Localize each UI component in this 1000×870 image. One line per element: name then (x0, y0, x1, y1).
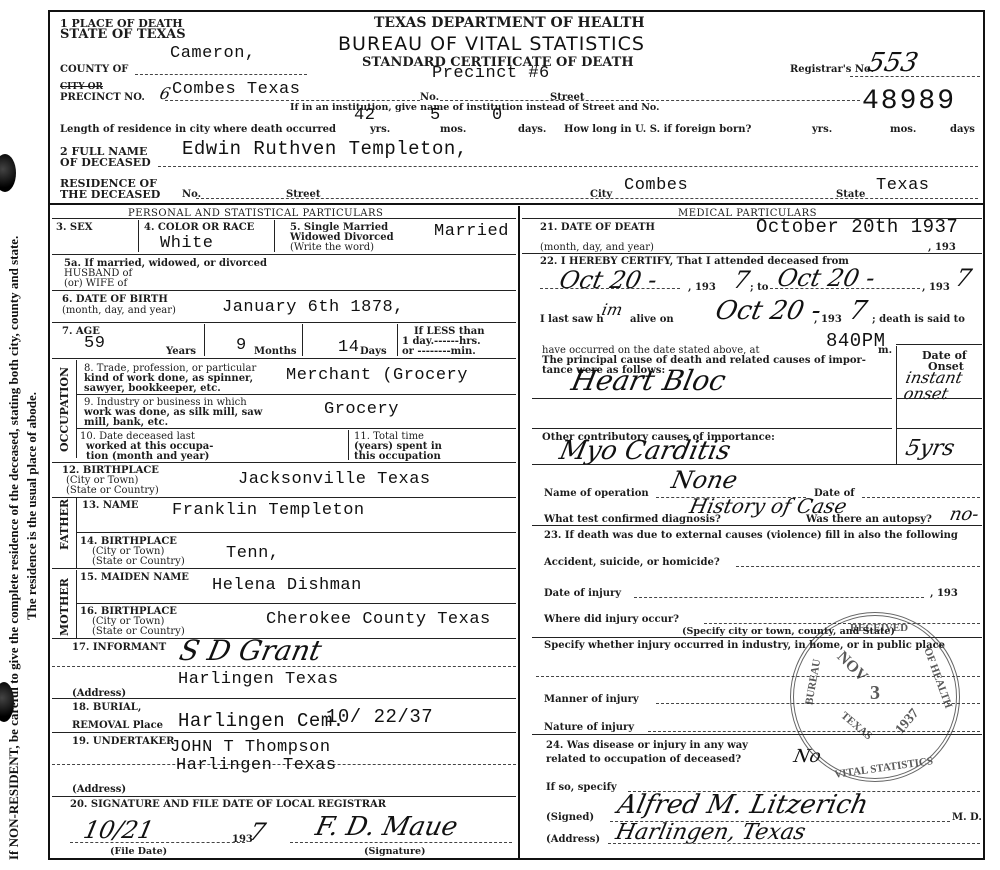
frame-top (48, 10, 984, 12)
injury-date-label: Date of injury (544, 588, 621, 599)
alive-on-label: alive on (630, 314, 674, 325)
institution-note: If in an institution, give name of insti… (290, 102, 659, 113)
dob-label: 6. DATE OF BIRTH (62, 294, 168, 305)
to-year-prefix: , 193 (922, 282, 950, 293)
residence-months: 5 (430, 106, 441, 125)
onset-line-1 (896, 398, 982, 399)
last-saw-year-prefix: , 193 (814, 314, 842, 325)
injury-year-prefix: , 193 (930, 588, 958, 599)
row-line-13 (52, 698, 516, 699)
attended-from-line (540, 288, 680, 289)
sex-divider (138, 220, 139, 252)
undertaker-address: Harlingen Texas (176, 756, 337, 775)
yrs-label: yrs. (370, 124, 390, 135)
contributory-onset: 5yrs (903, 436, 957, 461)
occupation-divider (76, 360, 77, 458)
row-line-10 (52, 568, 516, 569)
test-label: What test confirmed diagnosis? (544, 514, 721, 525)
mother-tag: MOTHER (58, 578, 71, 636)
street-line (440, 100, 860, 101)
physician-signature: Alfred M. Litzerich (615, 790, 871, 820)
dob-label-2: (month, day, and year) (62, 305, 176, 316)
accident-line (736, 566, 980, 567)
injury-where-label: Where did injury occur? (544, 614, 679, 625)
row-line-3 (52, 322, 516, 323)
onset-line-2 (896, 428, 982, 429)
row-line-1 (52, 254, 516, 255)
dob-value: January 6th 1878, (222, 298, 404, 317)
father-name: Franklin Templeton (172, 501, 365, 520)
years-label: Years (166, 346, 196, 357)
registrar-no: 553 (865, 48, 921, 78)
physician-address-label: (Address) (546, 834, 600, 845)
time-of-death: 840PM (826, 330, 886, 352)
mother-name: Helena Dishman (212, 576, 362, 595)
date-of-death-label-2: (month, day, and year) (540, 242, 654, 253)
foreign-born-label: How long in U. S. if foreign born? (564, 124, 751, 135)
race-label: 4. COLOR OR RACE (144, 222, 254, 233)
county-line (135, 74, 307, 75)
industry-value: Grocery (324, 400, 399, 419)
burial-label: 18. BURIAL, (72, 702, 141, 713)
father-birthplace: Tenn, (226, 544, 280, 563)
header-divider (48, 203, 984, 205)
row-line-5 (76, 394, 516, 395)
contributory-line (532, 464, 982, 465)
stamp-month: NOV (833, 648, 871, 686)
burial-place: Harlingen Cem. (178, 710, 345, 732)
days-label: Days (360, 346, 387, 357)
column-divider (518, 206, 520, 858)
signed-label: (Signed) (546, 812, 594, 823)
precinct-line (165, 100, 420, 101)
onset-divider (896, 346, 897, 464)
stamp-texas: TEXAS (838, 710, 874, 743)
attended-from: Oct 20 - (557, 266, 660, 294)
residence-city: Combes (624, 176, 688, 195)
mother-name-label: 15. MAIDEN NAME (80, 572, 189, 583)
frame-left (48, 10, 50, 860)
wife-label: (or) WIFE of (64, 278, 127, 289)
signature-label: (Signature) (364, 846, 426, 857)
occupation-related-label: 24. Was disease or injury in any way (546, 740, 748, 751)
age-days: 14 (338, 338, 359, 357)
operation-date-line (862, 497, 980, 498)
external-causes-label: 23. If death was due to external causes … (544, 530, 958, 541)
burial-date: 10/ 22/37 (326, 706, 433, 728)
registrar-signature: F. D. Maue (313, 812, 461, 842)
stamp-of-health: OF HEALTH (921, 646, 954, 710)
last-saw-year: 7 (847, 296, 870, 326)
mother-divider (76, 570, 77, 638)
age-years: 59 (84, 334, 105, 353)
mos-label: mos. (440, 124, 466, 135)
stamp-bureau: BUREAU (803, 658, 823, 706)
marital-status: Married (434, 222, 509, 241)
father-tag: FATHER (58, 499, 71, 550)
registrar-sig-line (290, 842, 512, 843)
foreign-mos-label: mos. (890, 124, 916, 135)
industry-label-3: mill, bank, etc. (84, 417, 168, 428)
row-line-14 (52, 732, 516, 733)
residence-state: Texas (876, 176, 930, 195)
undertaker-address-label: (Address) (72, 784, 126, 795)
precinct-label: PRECINCT NO. (60, 92, 145, 103)
precinct-typed: Precinct #6 (432, 64, 550, 83)
county-label: COUNTY OF (60, 64, 128, 75)
foreign-days-label: days (950, 124, 975, 135)
frame-right (983, 10, 985, 860)
file-date-line (70, 842, 245, 843)
autopsy-label: Was there an autopsy? (806, 514, 932, 525)
autopsy-line (532, 525, 982, 526)
days-label: days. (518, 124, 546, 135)
row-line-6 (76, 428, 516, 429)
race-divider (274, 220, 275, 252)
from-year-prefix: , 193 (688, 282, 716, 293)
row-line-4 (52, 358, 516, 359)
med-line-1 (522, 253, 982, 254)
physician-address-line (608, 843, 980, 844)
informant-line (52, 666, 516, 667)
father-divider (76, 498, 77, 568)
last-saw-label: I last saw h (540, 314, 604, 325)
side-instruction-line-1: If NON-RESIDENT, be careful to give the … (6, 236, 22, 860)
row-line-7 (52, 462, 516, 463)
m-label: m. (878, 345, 892, 356)
stamp-day: 3 (870, 682, 880, 705)
bureau-title: BUREAU OF VITAL STATISTICS (338, 33, 645, 55)
principal-cause: Heart Bloc (568, 364, 728, 397)
stamp-received: RECEIVED (850, 622, 908, 634)
dept-title: TEXAS DEPARTMENT OF HEALTH (374, 18, 645, 29)
birthplace-label-3: (State or Country) (66, 485, 159, 496)
age-divider-3 (397, 324, 398, 356)
row-line-11 (76, 603, 516, 604)
injury-date-line (634, 597, 924, 598)
cause-line-1 (532, 398, 892, 399)
occupation-time-divider (348, 430, 349, 460)
date-of-death: October 20th 1937 (756, 216, 958, 238)
registrar-line (850, 76, 980, 77)
contributory-cause: Myo Carditis (557, 436, 734, 466)
stamp-vital-statistics: VITAL STATISTICS (834, 755, 934, 781)
occupation-related-label-2: related to occupation of deceased? (546, 754, 741, 765)
registrar-label: Registrar's No. (790, 64, 874, 75)
birthplace-value: Jacksonville Texas (238, 470, 431, 489)
minutes-label: or --------min. (402, 346, 476, 357)
race-value: White (160, 234, 214, 253)
side-instruction-line-2: The residence is the usual place of abod… (24, 392, 40, 620)
father-name-label: 13. NAME (82, 500, 138, 511)
file-date: 10/21 (81, 816, 156, 844)
operation-label: Name of operation (544, 488, 649, 499)
informant-label: 17. INFORMANT (72, 642, 166, 653)
sex-label: 3. SEX (56, 222, 93, 233)
row-line-9 (76, 532, 516, 533)
row-line-2 (52, 290, 516, 291)
attended-to-line (770, 288, 920, 289)
nature-label: Nature of injury (544, 722, 634, 733)
operation-value: None (669, 466, 740, 494)
dod-year-prefix: , 193 (928, 242, 956, 253)
stamp-year: 1937 (893, 706, 923, 738)
age-divider-1 (204, 324, 205, 356)
undertaker-name: JOHN T Thompson (170, 738, 331, 757)
if-so-label: If so, specify (546, 782, 617, 793)
total-time-label-3: this occupation (354, 451, 441, 462)
occupation-tag: OCCUPATION (58, 367, 71, 452)
informant-signature: S D Grant (176, 634, 324, 667)
autopsy-value: no- (948, 504, 981, 525)
last-saw-pronoun: im (600, 300, 624, 319)
last-worked-label-3: tion (month and year) (86, 451, 209, 462)
to-year: 7 (953, 264, 974, 292)
foreign-yrs-label: yrs. (812, 124, 832, 135)
manner-label: Manner of injury (544, 694, 639, 705)
onset-value-2: onset (902, 384, 950, 403)
full-name-label-2: OF DECEASED (60, 157, 151, 168)
onset-top-line (896, 344, 982, 345)
residence-label-2: THE DECEASED (60, 189, 160, 200)
row-line-8 (52, 497, 516, 498)
file-number: 48989 (862, 86, 956, 117)
row-line-15 (52, 796, 516, 797)
frame-bottom (48, 858, 984, 860)
accident-label: Accident, suicide, or homicide? (544, 557, 720, 568)
months-label: Months (254, 346, 297, 357)
removal-place-label: REMOVAL Place (72, 720, 163, 731)
personal-title-line (52, 218, 516, 219)
state-label: STATE OF TEXAS (60, 29, 186, 40)
residence-days: 0 (492, 106, 503, 125)
local-registrar-label: 20. SIGNATURE AND FILE DATE OF LOCAL REG… (70, 799, 386, 810)
side-instruction: If NON-RESIDENT, be careful to give the … (2, 20, 48, 860)
to-label: ; to (750, 282, 768, 293)
date-of-death-label: 21. DATE OF DEATH (540, 222, 655, 233)
death-said-label: ; death is said to (872, 314, 965, 325)
residence-length-label: Length of residence in city where death … (60, 124, 336, 135)
trade-value: Merchant (Grocery (286, 366, 468, 385)
file-date-label: (File Date) (110, 846, 167, 857)
precinct-value: Combes Texas (172, 80, 300, 99)
md-label: M. D. (952, 812, 982, 823)
residence-line (196, 198, 978, 199)
father-birthplace-label-3: (State or Country) (92, 556, 185, 567)
last-saw-date: Oct 20 - (713, 296, 824, 326)
cause-line-2 (532, 428, 892, 429)
age-months: 9 (236, 336, 247, 355)
county-value: Cameron, (170, 44, 256, 63)
trade-label-3: sawyer, bookkeeper, etc. (84, 383, 221, 394)
mother-birthplace: Cherokee County Texas (266, 610, 491, 629)
file-year: 7 (247, 818, 268, 846)
marital-label-3: (Write the word) (290, 242, 374, 253)
age-divider-2 (302, 324, 303, 356)
residence-years: 42 (354, 106, 375, 125)
full-name-line (158, 166, 978, 167)
full-name-value: Edwin Ruthven Templeton, (182, 138, 468, 160)
undertaker-label: 19. UNDERTAKER (72, 736, 174, 747)
informant-address: Harlingen Texas (178, 670, 339, 689)
received-stamp: RECEIVED OF HEALTH BUREAU VITAL STATISTI… (790, 612, 960, 782)
mother-birthplace-label-3: (State or Country) (92, 626, 185, 637)
physician-address: Harlingen, Texas (613, 820, 807, 845)
